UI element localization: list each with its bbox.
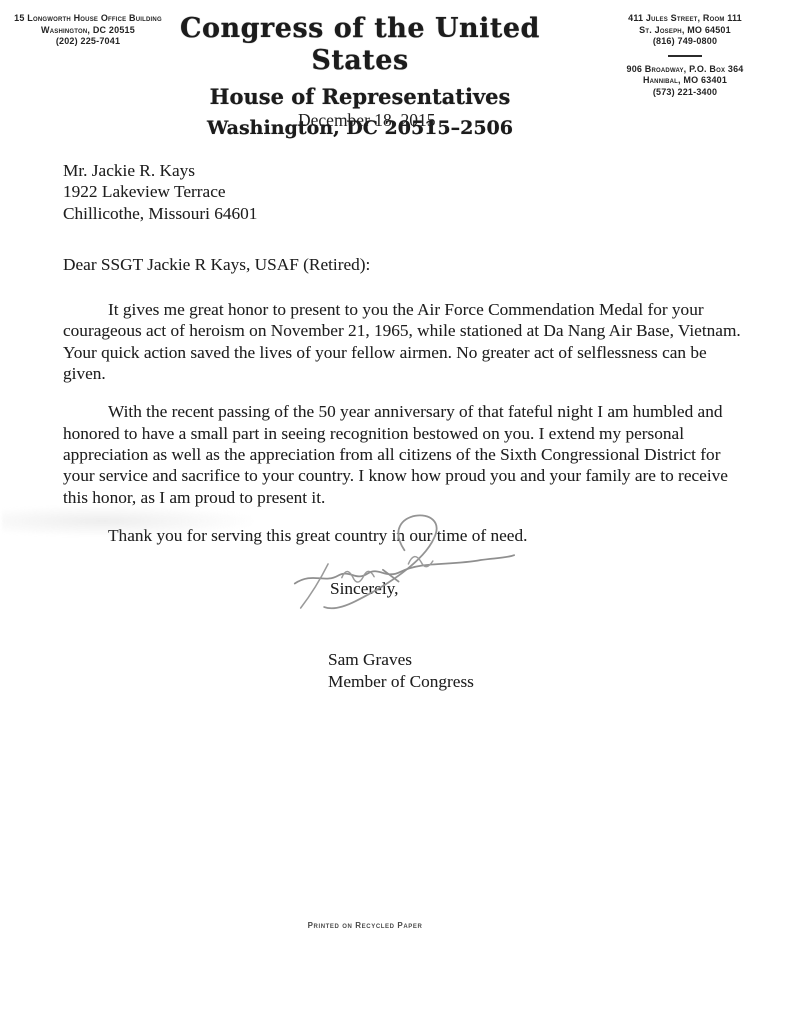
signature-block: Sam Graves Member of Congress <box>328 649 747 692</box>
body-paragraph: With the recent passing of the 50 year a… <box>63 401 747 507</box>
st-joseph-office-line: St. Joseph, MO 64501 <box>585 25 785 37</box>
dc-office-address: 15 Longworth House Office Building Washi… <box>8 13 168 48</box>
office-divider-rule <box>668 55 702 57</box>
dc-office-line: 15 Longworth House Office Building <box>8 13 168 25</box>
st-joseph-office-line: (816) 749-0800 <box>585 36 785 48</box>
closing-word: Sincerely, <box>330 578 747 599</box>
district-offices-address: 411 Jules Street, Room 111 St. Joseph, M… <box>585 13 785 98</box>
dc-office-line: (202) 225-7041 <box>8 36 168 48</box>
hannibal-office-line: (573) 221-3400 <box>585 87 785 99</box>
signer-name: Sam Graves <box>328 649 747 671</box>
recipient-street: 1922 Lakeview Terrace <box>63 181 747 202</box>
salutation: Dear SSGT Jackie R Kays, USAF (Retired): <box>63 254 747 275</box>
signer-title: Member of Congress <box>328 671 747 693</box>
letterhead-title: Congress of the United States <box>170 13 550 77</box>
dc-office-line: Washington, DC 20515 <box>8 25 168 37</box>
st-joseph-office-line: 411 Jules Street, Room 111 <box>585 13 785 25</box>
body-paragraph: It gives me great honor to present to yo… <box>63 299 747 384</box>
letter-date: December 18, 2015 <box>298 110 436 131</box>
letter-body: Mr. Jackie R. Kays 1922 Lakeview Terrace… <box>63 160 747 692</box>
recycled-paper-note: Printed on Recycled Paper <box>0 921 730 930</box>
recipient-name: Mr. Jackie R. Kays <box>63 160 747 181</box>
scanned-letter-page: 15 Longworth House Office Building Washi… <box>0 0 800 1035</box>
letterhead-subtitle: House of Representatives <box>170 84 550 110</box>
hannibal-office-line: Hannibal, MO 63401 <box>585 75 785 87</box>
recipient-city: Chillicothe, Missouri 64601 <box>63 203 747 224</box>
scan-smudge-artifact <box>2 506 252 536</box>
hannibal-office-line: 906 Broadway, P.O. Box 364 <box>585 64 785 76</box>
